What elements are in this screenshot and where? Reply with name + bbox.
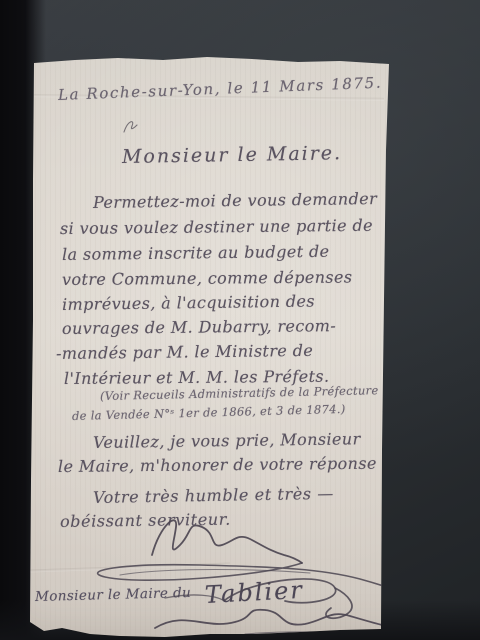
valediction-line: Votre très humble et très — — [93, 484, 334, 507]
reference-note-line: de la Vendée N°ˢ 1er de 1866, et 3 de 18… — [72, 402, 346, 423]
body-line: si vous voulez destiner une partie de — [60, 216, 373, 238]
salutation: Monsieur le Maire. — [122, 142, 343, 168]
body-line: Permettez-moi de vous demander — [93, 189, 377, 212]
ink-mark — [118, 116, 158, 138]
photo-of-handwritten-letter: La Roche-sur-Yon, le 11 Mars 1875. Monsi… — [0, 0, 480, 640]
body-line: la somme inscrite au budget de — [62, 242, 330, 264]
body-line: imprévues, à l'acquisition des — [62, 291, 315, 314]
closing-line: le Maire, m'honorer de votre réponse — [58, 454, 377, 476]
closing-line: Veuillez, je vous prie, Monsieur — [93, 429, 361, 452]
body-line: -mandés par M. le Ministre de — [56, 341, 313, 363]
body-line: ouvrages de M. Dubarry, recom- — [62, 316, 336, 338]
body-line: votre Commune, comme dépenses — [62, 267, 353, 289]
